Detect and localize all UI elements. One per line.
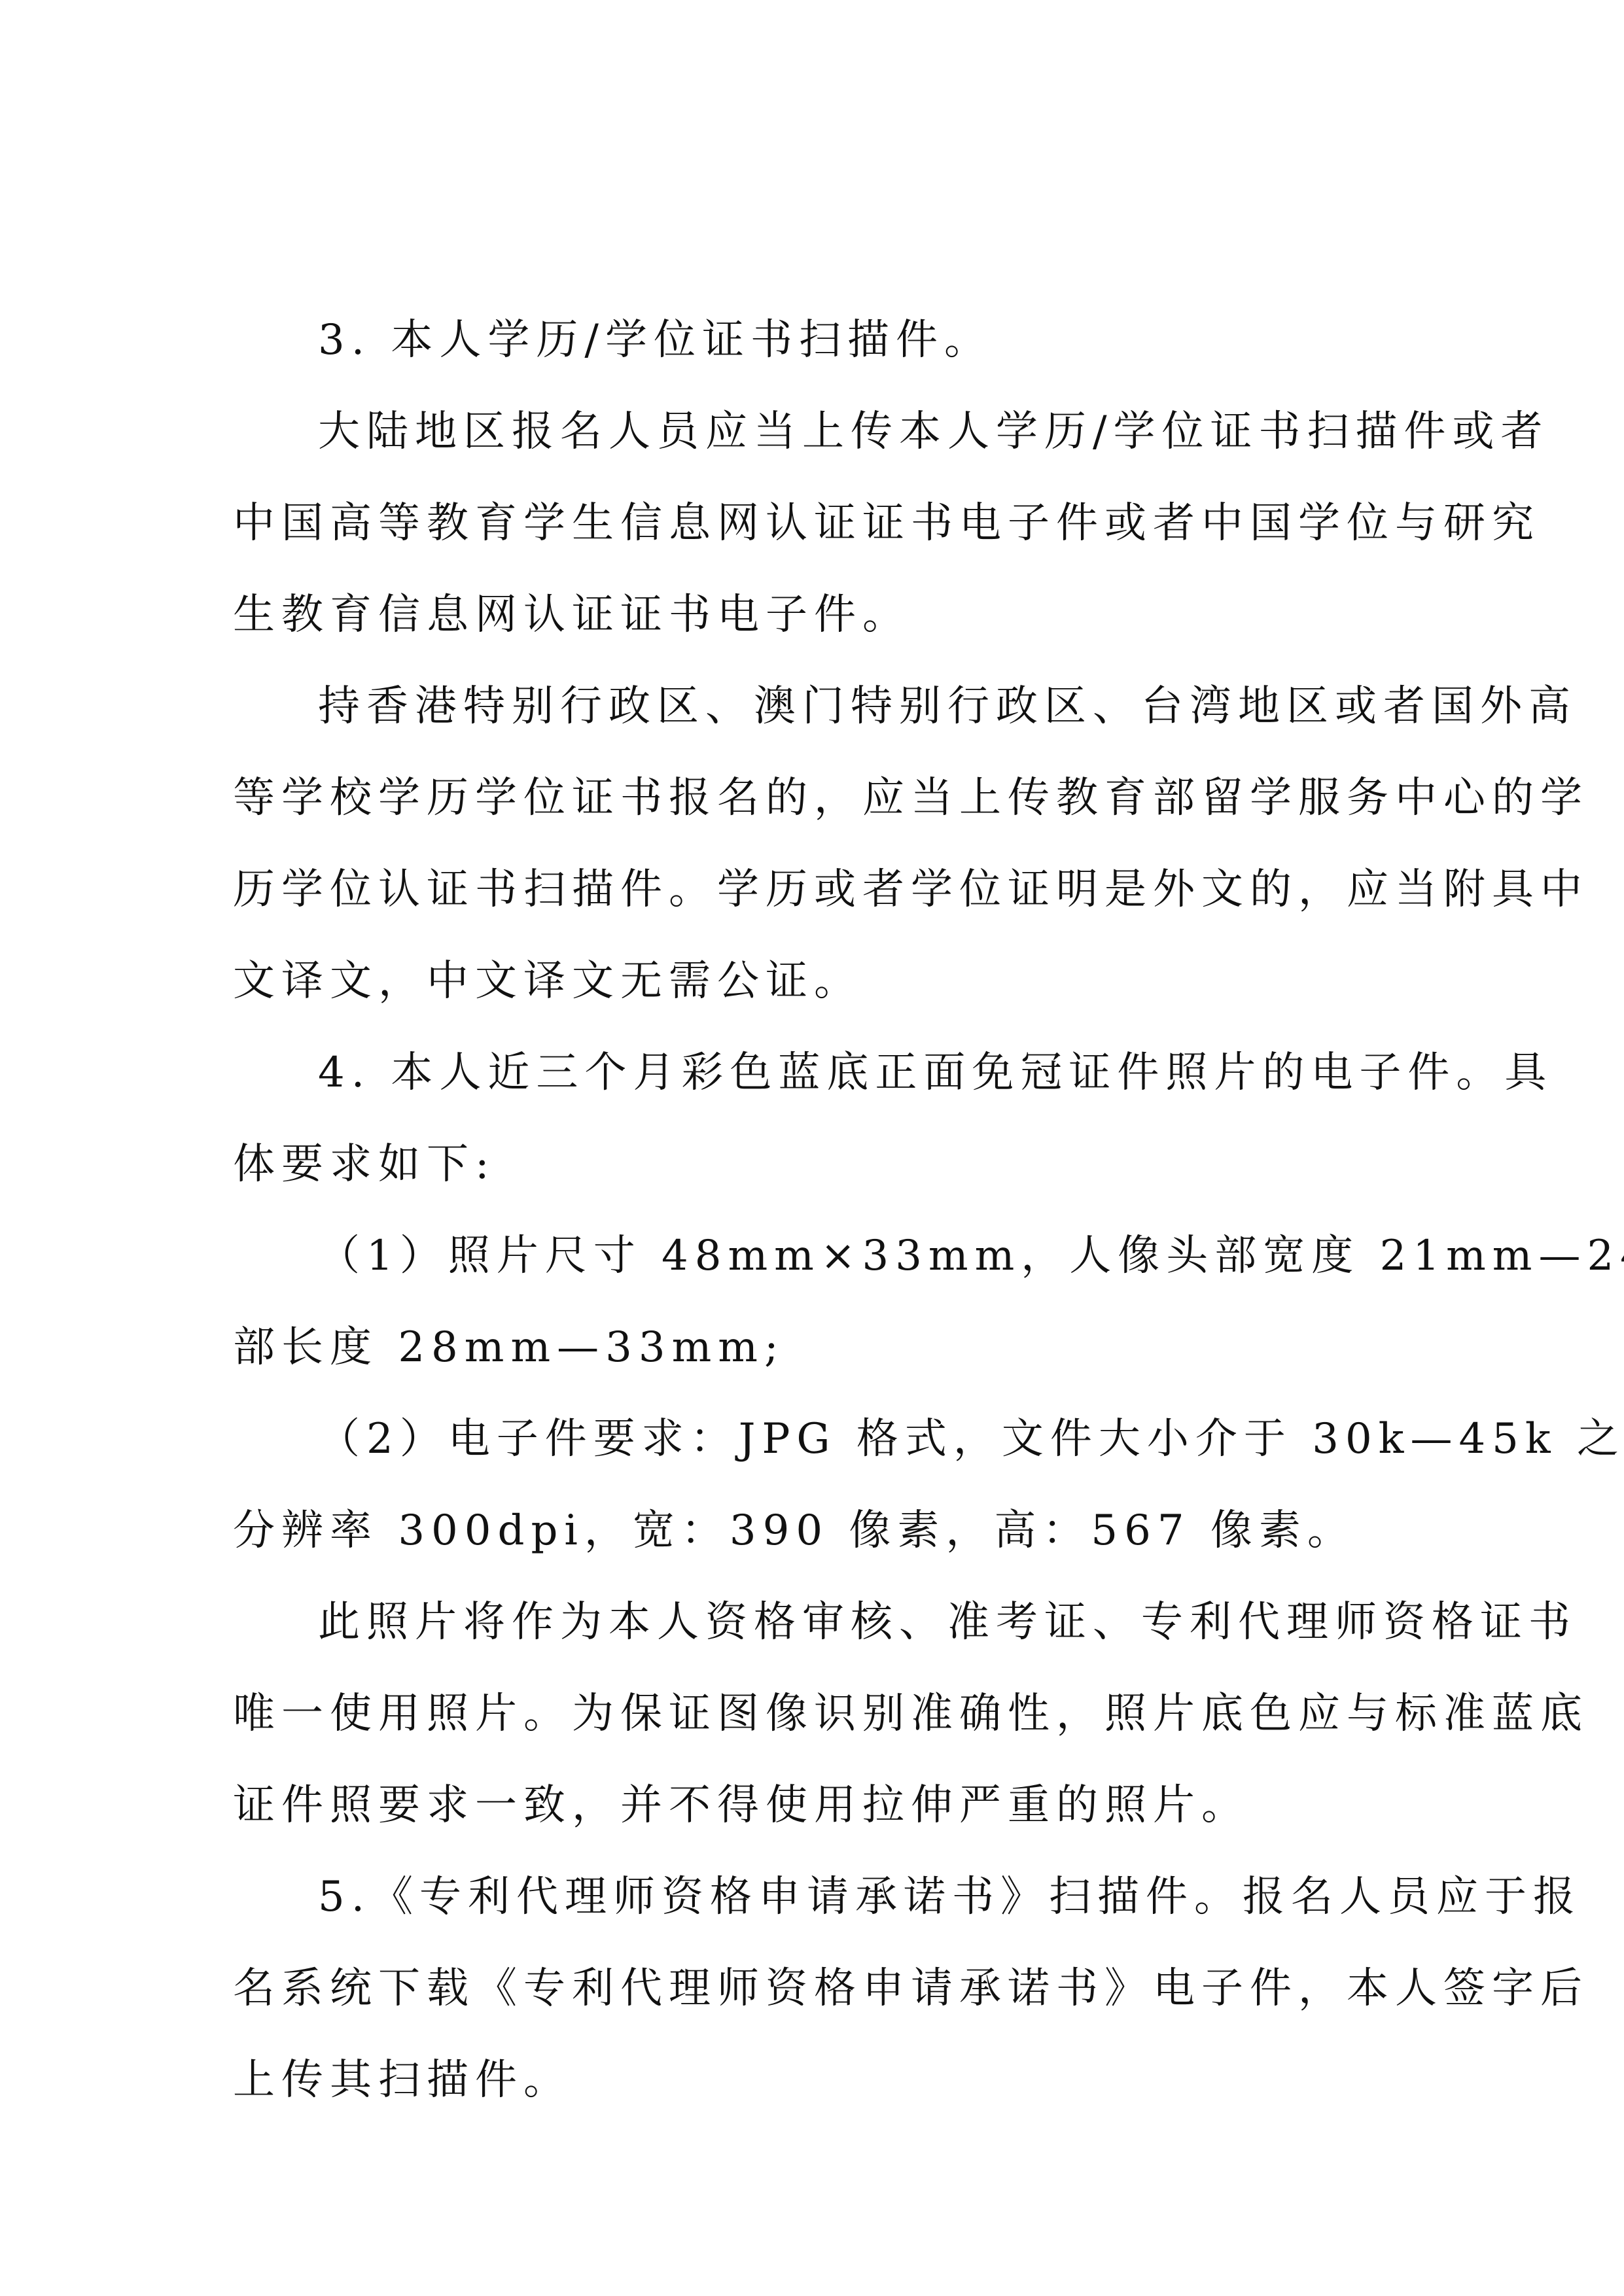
paragraph-line: 唯一使用照片。为保证图像识别准确性，照片底色应与标准蓝底	[233, 1688, 1589, 1740]
paragraph-line: 大陆地区报名人员应当上传本人学历/学位证书扫描件或者	[318, 406, 1549, 458]
paragraph-line: 部长度 28mm—33mm;	[233, 1321, 785, 1374]
photo-size-requirement: （1）照片尺寸 48mm×33mm，人像头部宽度 21mm—24mm，头	[318, 1230, 1624, 1282]
paragraph-line: 此照片将作为本人资格审核、准考证、专利代理师资格证书	[318, 1596, 1577, 1648]
paragraph-line: 名系统下载《专利代理师资格申请承诺书》电子件，本人签字后	[233, 1962, 1589, 2015]
paragraph-line: 分辨率 300dpi，宽：390 像素，高：567 像素。	[233, 1505, 1356, 1557]
item-3-heading: 3. 本人学历/学位证书扫描件。	[318, 314, 993, 366]
item-4-heading: 4. 本人近三个月彩色蓝底正面免冠证件照片的电子件。具	[318, 1047, 1553, 1099]
paragraph-line: 中国高等教育学生信息网认证证书电子件或者中国学位与研究	[233, 497, 1540, 549]
file-requirement: （2）电子件要求：JPG 格式，文件大小介于 30k—45k 之间，	[318, 1413, 1624, 1465]
paragraph-line: 等学校学历学位证书报名的，应当上传教育部留学服务中心的学	[233, 772, 1589, 824]
item-5-heading: 5.《专利代理师资格申请承诺书》扫描件。报名人员应于报	[318, 1871, 1581, 1923]
document-page: 3. 本人学历/学位证书扫描件。 大陆地区报名人员应当上传本人学历/学位证书扫描…	[0, 0, 1624, 2296]
paragraph-line: 历学位认证书扫描件。学历或者学位证明是外文的，应当附具中	[233, 863, 1589, 916]
paragraph-line: 文译文，中文译文无需公证。	[233, 955, 862, 1007]
paragraph-line: 证件照要求一致，并不得使用拉伸严重的照片。	[233, 1779, 1250, 1832]
paragraph-line: 持香港特别行政区、澳门特别行政区、台湾地区或者国外高	[318, 680, 1577, 733]
paragraph-line: 体要求如下:	[233, 1138, 496, 1191]
paragraph-line: 上传其扫描件。	[233, 2054, 572, 2106]
paragraph-line: 生教育信息网认证证书电子件。	[233, 589, 911, 641]
